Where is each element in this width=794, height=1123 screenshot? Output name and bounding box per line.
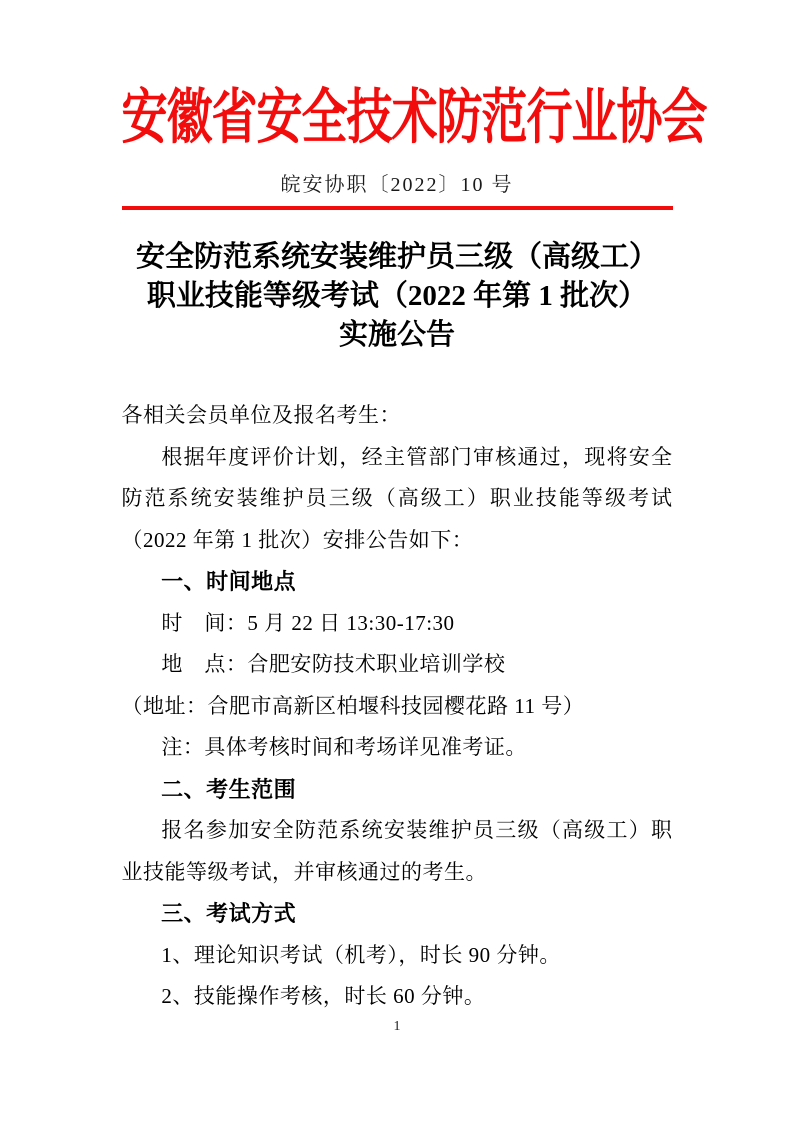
- document-number: 皖安协职〔2022〕10 号: [122, 172, 673, 198]
- intro-paragraph: 根据年度评价计划，经主管部门审核通过，现将安全防范系统安装维护员三级（高级工）职…: [122, 437, 673, 562]
- section-2-paragraph: 报名参加安全防范系统安装维护员三级（高级工）职业技能等级考试，并审核通过的考生。: [122, 810, 673, 893]
- document-title-line-2: 职业技能等级考试（2022 年第 1 批次）: [122, 277, 673, 316]
- section-1-heading: 一、时间地点: [122, 561, 673, 603]
- section-3-item-1: 1、理论知识考试（机考），时长 90 分钟。: [122, 935, 673, 977]
- section-1-time-line: 时 间：5 月 22 日 13:30-17:30: [122, 603, 673, 645]
- salutation-line: 各相关会员单位及报名考生：: [122, 395, 673, 437]
- document-title: 安全防范系统安装维护员三级（高级工） 职业技能等级考试（2022 年第 1 批次…: [122, 238, 673, 355]
- document-page: 安徽省安全技术防范行业协会 皖安协职〔2022〕10 号 安全防范系统安装维护员…: [0, 0, 794, 1123]
- masthead: 安徽省安全技术防范行业协会: [122, 86, 673, 150]
- document-title-line-3: 实施公告: [122, 316, 673, 355]
- section-1-address-line: （地址：合肥市高新区柏堰科技园樱花路 11 号）: [122, 686, 673, 728]
- document-content: 安徽省安全技术防范行业协会 皖安协职〔2022〕10 号 安全防范系统安装维护员…: [122, 86, 673, 1018]
- page-number: 1: [394, 1019, 401, 1034]
- section-1-place-line: 地 点：合肥安防技术职业培训学校: [122, 644, 673, 686]
- section-3-heading: 三、考试方式: [122, 893, 673, 935]
- section-1-note-line: 注：具体考核时间和考场详见准考证。: [122, 727, 673, 769]
- document-title-line-1: 安全防范系统安装维护员三级（高级工）: [122, 238, 673, 277]
- page-footer: 1: [0, 1018, 794, 1036]
- red-divider-rule: [122, 206, 673, 210]
- section-2-heading: 二、考生范围: [122, 769, 673, 811]
- document-body: 各相关会员单位及报名考生： 根据年度评价计划，经主管部门审核通过，现将安全防范系…: [122, 395, 673, 1018]
- section-3-item-2: 2、技能操作考核，时长 60 分钟。: [122, 976, 673, 1018]
- organization-title: 安徽省安全技术防范行业协会: [122, 76, 707, 159]
